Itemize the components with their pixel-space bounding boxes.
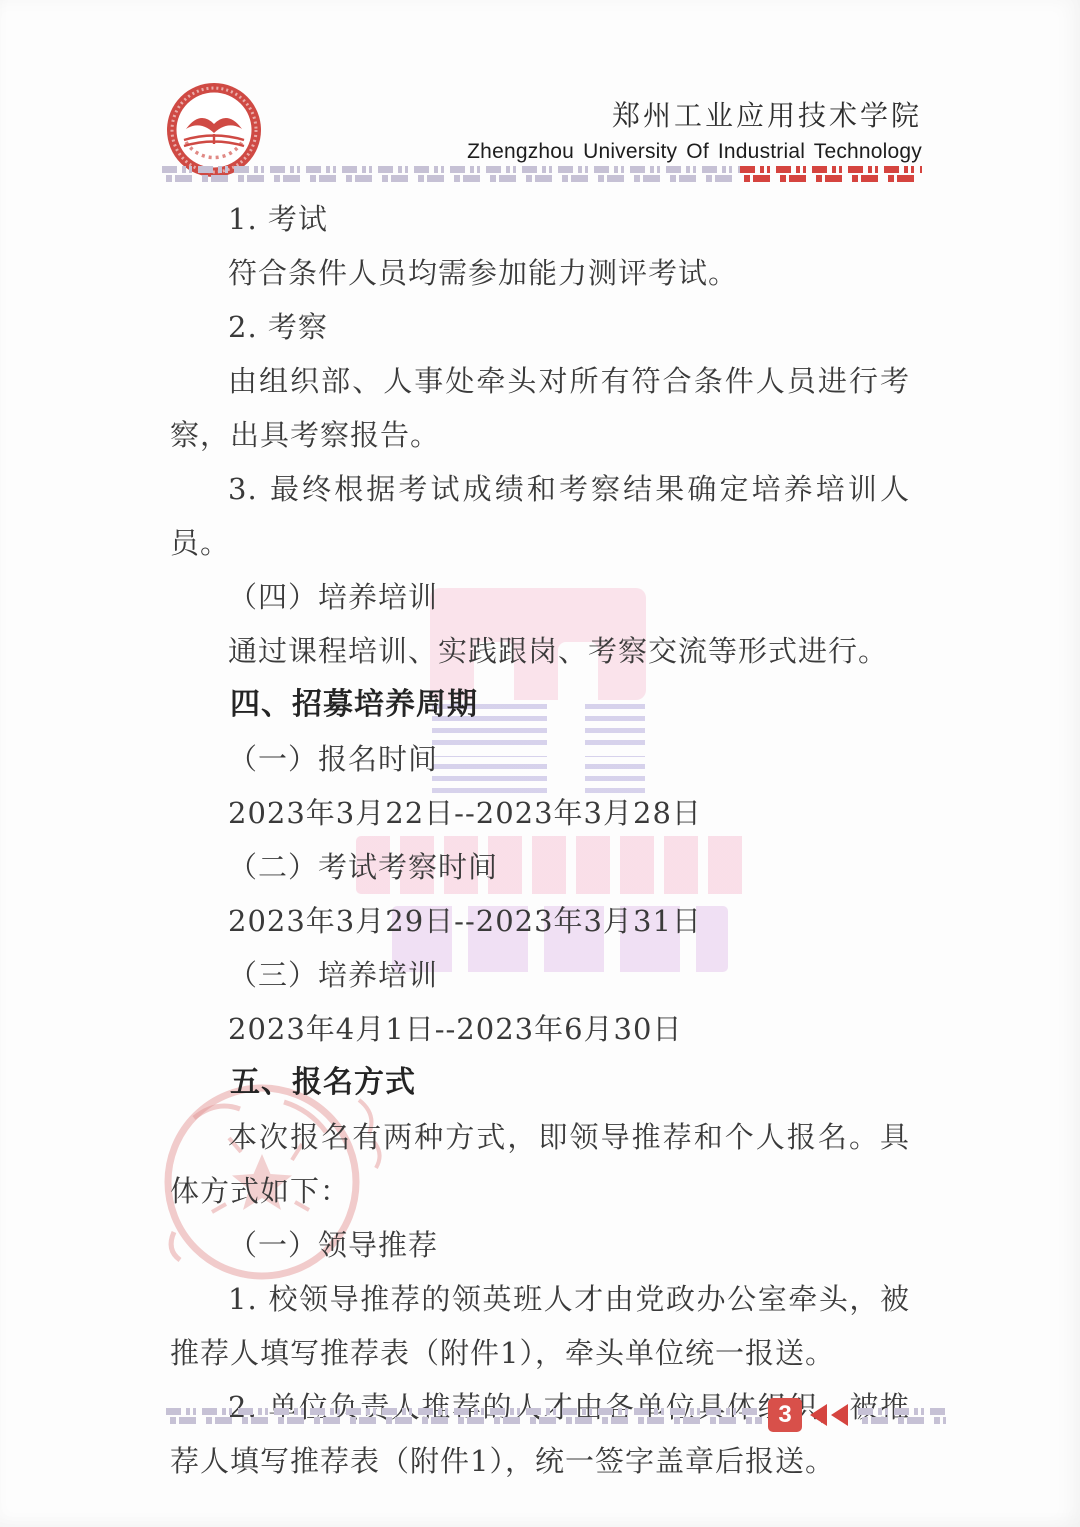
body-paragraph: 2. 考察 [170,300,910,354]
document-body: 1. 考试符合条件人员均需参加能力测评考试。2. 考察由组织部、人事处牵头对所有… [170,192,910,1488]
section-heading: 四、招募培养周期 [170,678,910,732]
footer-band-tail [858,1407,946,1424]
back-arrow-icon [810,1404,827,1426]
body-paragraph: 本次报名有两种方式，即领导推荐和个人报名。具体方式如下： [170,1110,910,1218]
body-paragraph: 通过课程培训、实践跟岗、考察交流等形式进行。 [170,624,910,678]
body-paragraph: （二）考试考察时间 [170,840,910,894]
page-footer: 3 [166,1396,946,1434]
school-name-chinese: 郑州工业应用技术学院 [467,94,922,134]
body-paragraph: （四）培养培训 [170,570,910,624]
body-paragraph: 3. 最终根据考试成绩和考察结果确定培养培训人员。 [170,462,910,570]
body-paragraph: （一）领导推荐 [170,1218,910,1272]
body-paragraph: （一）报名时间 [170,732,910,786]
page-number-badge: 3 [768,1398,802,1432]
footer-decorative-band [166,1407,762,1424]
band-red-segment [740,165,922,182]
section-heading: 五、报名方式 [170,1056,910,1110]
band-lavender-segment [162,165,740,182]
body-paragraph: 1. 校领导推荐的领英班人才由党政办公室牵头，被推荐人填写推荐表（附件1），牵头… [170,1272,910,1380]
body-paragraph: 2023年3月29日--2023年3月31日 [170,894,910,948]
document-page: 郑州工业应用技术学院 Zhengzhou University Of Indus… [0,0,1080,1527]
body-paragraph: 由组织部、人事处牵头对所有符合条件人员进行考察，出具考察报告。 [170,354,910,462]
header-decorative-band [162,165,922,182]
body-paragraph: 2023年3月22日--2023年3月28日 [170,786,910,840]
body-paragraph: 2023年4月1日--2023年6月30日 [170,1002,910,1056]
body-paragraph: 符合条件人员均需参加能力测评考试。 [170,246,910,300]
header-school-names: 郑州工业应用技术学院 Zhengzhou University Of Indus… [467,94,922,164]
back-arrow-icon [831,1404,848,1426]
school-name-english: Zhengzhou University Of Industrial Techn… [467,140,922,164]
body-paragraph: （三）培养培训 [170,948,910,1002]
body-paragraph: 1. 考试 [170,192,910,246]
